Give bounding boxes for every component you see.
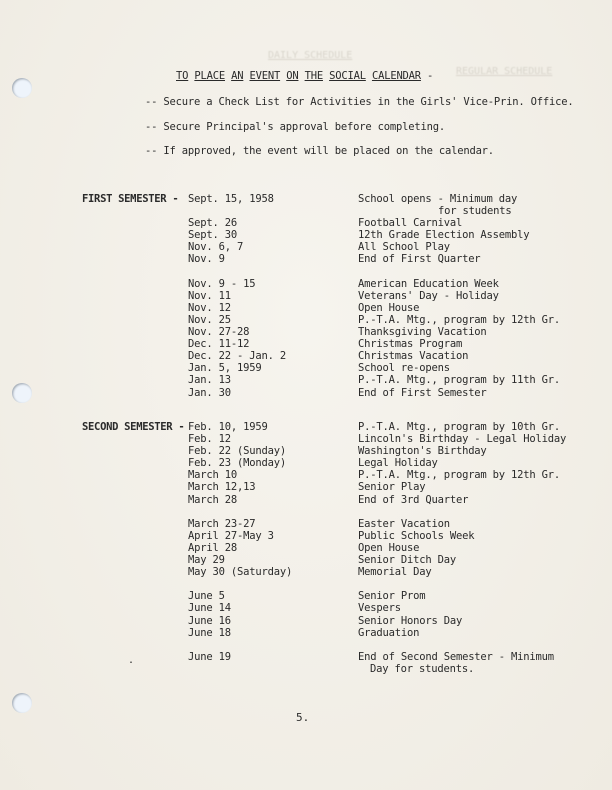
event-name-continued: Day for students. [358,663,566,675]
event-name: 12th Grade Election Assembly [358,229,560,241]
stray-mark: . [128,655,134,666]
event-date: April 28 [188,542,292,554]
event-name: Vespers [358,602,566,614]
event-date: March 28 [188,494,292,506]
rule-2: -- Secure Principal's approval before co… [145,121,445,133]
heading-word: ON [286,70,298,82]
event-date: May 30 (Saturday) [188,566,292,578]
first-semester-dates: Sept. 15, 1958Sept. 26Sept. 30Nov. 6, 7N… [188,193,286,399]
first-semester-events: School opens - Minimum dayfor studentsFo… [358,193,560,399]
event-date: Nov. 9 - 15 [188,278,286,290]
heading-word: EVENT [249,70,280,82]
bleed-through-title: DAILY SCHEDULE [268,50,352,61]
event-date: Feb. 22 (Sunday) [188,445,292,457]
event-name: End of First Semester [358,387,560,399]
event-date: Feb. 23 (Monday) [188,457,292,469]
event-date: Nov. 9 [188,253,286,265]
event-date: Sept. 26 [188,217,286,229]
event-date: Jan. 13 [188,374,286,386]
event-name: Open House [358,542,566,554]
event-date: Sept. 30 [188,229,286,241]
event-name: Senior Play [358,481,566,493]
rule-3: -- If approved, the event will be placed… [145,145,494,157]
event-date: March 12,13 [188,481,292,493]
event-name: All School Play [358,241,560,253]
event-date: June 14 [188,602,292,614]
event-date: May 29 [188,554,292,566]
event-date: Nov. 12 [188,302,286,314]
event-date: Dec. 22 - Jan. 2 [188,350,286,362]
event-date: March 23-27 [188,518,292,530]
punch-hole [12,693,32,713]
event-date: June 19 [188,651,292,663]
event-name: Senior Honors Day [358,615,566,627]
event-date: Nov. 11 [188,290,286,302]
event-date: June 16 [188,615,292,627]
punch-hole [12,78,32,98]
event-name-continued: for students [358,205,560,217]
first-semester-label: FIRST SEMESTER - [82,193,184,205]
event-name: Open House [358,302,560,314]
second-semester-label: SECOND SEMESTER - [82,421,190,433]
event-date: Feb. 10, 1959 [188,421,292,433]
event-name: Thanksgiving Vacation [358,326,560,338]
event-date: Sept. 15, 1958 [188,193,286,205]
second-semester-dates: Feb. 10, 1959Feb. 12Feb. 22 (Sunday)Feb.… [188,421,292,675]
event-name: P.-T.A. Mtg., program by 12th Gr. [358,469,566,481]
event-date: Jan. 30 [188,387,286,399]
event-name: Public Schools Week [358,530,566,542]
event-date: Nov. 6, 7 [188,241,286,253]
event-name: School opens - Minimum day [358,193,560,205]
page-heading: TO PLACE AN EVENT ON THE SOCIAL CALENDAR… [176,70,433,82]
heading-word: THE [305,70,323,82]
event-date: Jan. 5, 1959 [188,362,286,374]
page-number: 5. [296,711,309,724]
event-date: March 10 [188,469,292,481]
event-name: Graduation [358,627,566,639]
event-name: Lincoln's Birthday - Legal Holiday [358,433,566,445]
event-name: End of 3rd Quarter [358,494,566,506]
event-name: Football Carnival [358,217,560,229]
event-name: P.-T.A. Mtg., program by 12th Gr. [358,314,560,326]
heading-word: SOCIAL [329,70,366,82]
second-semester-events: P.-T.A. Mtg., program by 10th Gr.Lincoln… [358,421,566,675]
heading-word: PLACE [194,70,225,82]
event-date: Nov. 27-28 [188,326,286,338]
event-date: Dec. 11-12 [188,338,286,350]
event-name: Senior Ditch Day [358,554,566,566]
event-name: Senior Prom [358,590,566,602]
punch-hole [12,383,32,403]
event-name: Memorial Day [358,566,566,578]
event-name: Veterans' Day - Holiday [358,290,560,302]
event-name: End of Second Semester - Minimum [358,651,566,663]
event-name: End of First Quarter [358,253,560,265]
event-name: Washington's Birthday [358,445,566,457]
event-name: American Education Week [358,278,560,290]
event-name: School re-opens [358,362,560,374]
event-date: Nov. 25 [188,314,286,326]
event-date: June 18 [188,627,292,639]
event-name: Legal Holiday [358,457,566,469]
bleed-through-header: REGULAR SCHEDULE [456,66,552,77]
event-date: Feb. 12 [188,433,292,445]
event-name: Christmas Program [358,338,560,350]
event-name: Easter Vacation [358,518,566,530]
event-name: P.-T.A. Mtg., program by 10th Gr. [358,421,566,433]
heading-word: CALENDAR [372,70,421,82]
heading-word: AN [231,70,243,82]
event-date: April 27-May 3 [188,530,292,542]
event-date: June 5 [188,590,292,602]
rule-1: -- Secure a Check List for Activities in… [145,96,574,108]
event-name: Christmas Vacation [358,350,560,362]
event-name: P.-T.A. Mtg., program by 11th Gr. [358,374,560,386]
heading-word: TO [176,70,188,82]
